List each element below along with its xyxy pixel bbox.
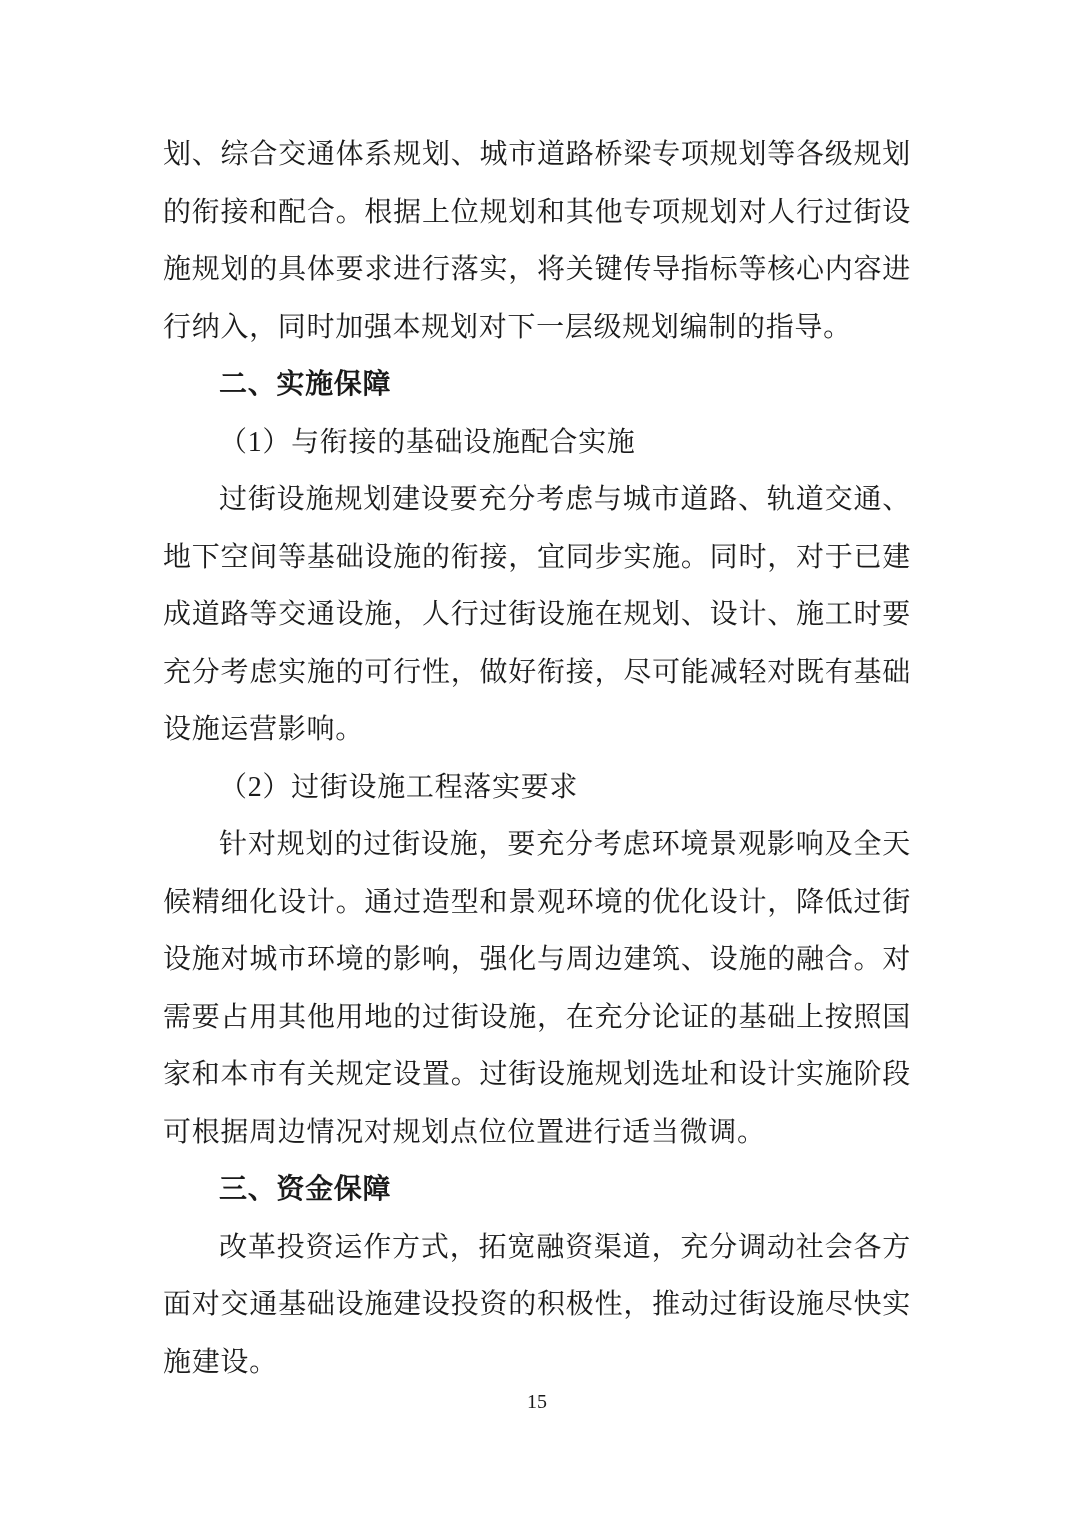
subsection-heading-1: （1）与衔接的基础设施配合实施	[163, 414, 911, 472]
subsection-heading-2: （2）过街设施工程落实要求	[163, 759, 911, 817]
section-heading-implementation-guarantee: 二、实施保障	[163, 356, 911, 414]
document-page: 划、综合交通体系规划、城市道路桥梁专项规划等各级规划的衔接和配合。根据上位规划和…	[0, 0, 1074, 1520]
paragraph: 改革投资运作方式，拓宽融资渠道，充分调动社会各方面对交通基础设施建设投资的积极性…	[163, 1219, 911, 1392]
paragraph-continuation: 划、综合交通体系规划、城市道路桥梁专项规划等各级规划的衔接和配合。根据上位规划和…	[163, 126, 911, 356]
page-content: 划、综合交通体系规划、城市道路桥梁专项规划等各级规划的衔接和配合。根据上位规划和…	[163, 126, 911, 1391]
paragraph: 针对规划的过街设施，要充分考虑环境景观影响及全天候精细化设计。通过造型和景观环境…	[163, 816, 911, 1161]
paragraph: 过街设施规划建设要充分考虑与城市道路、轨道交通、地下空间等基础设施的衔接，宜同步…	[163, 471, 911, 759]
section-heading-funding-guarantee: 三、资金保障	[163, 1161, 911, 1219]
page-number: 15	[0, 1390, 1074, 1414]
